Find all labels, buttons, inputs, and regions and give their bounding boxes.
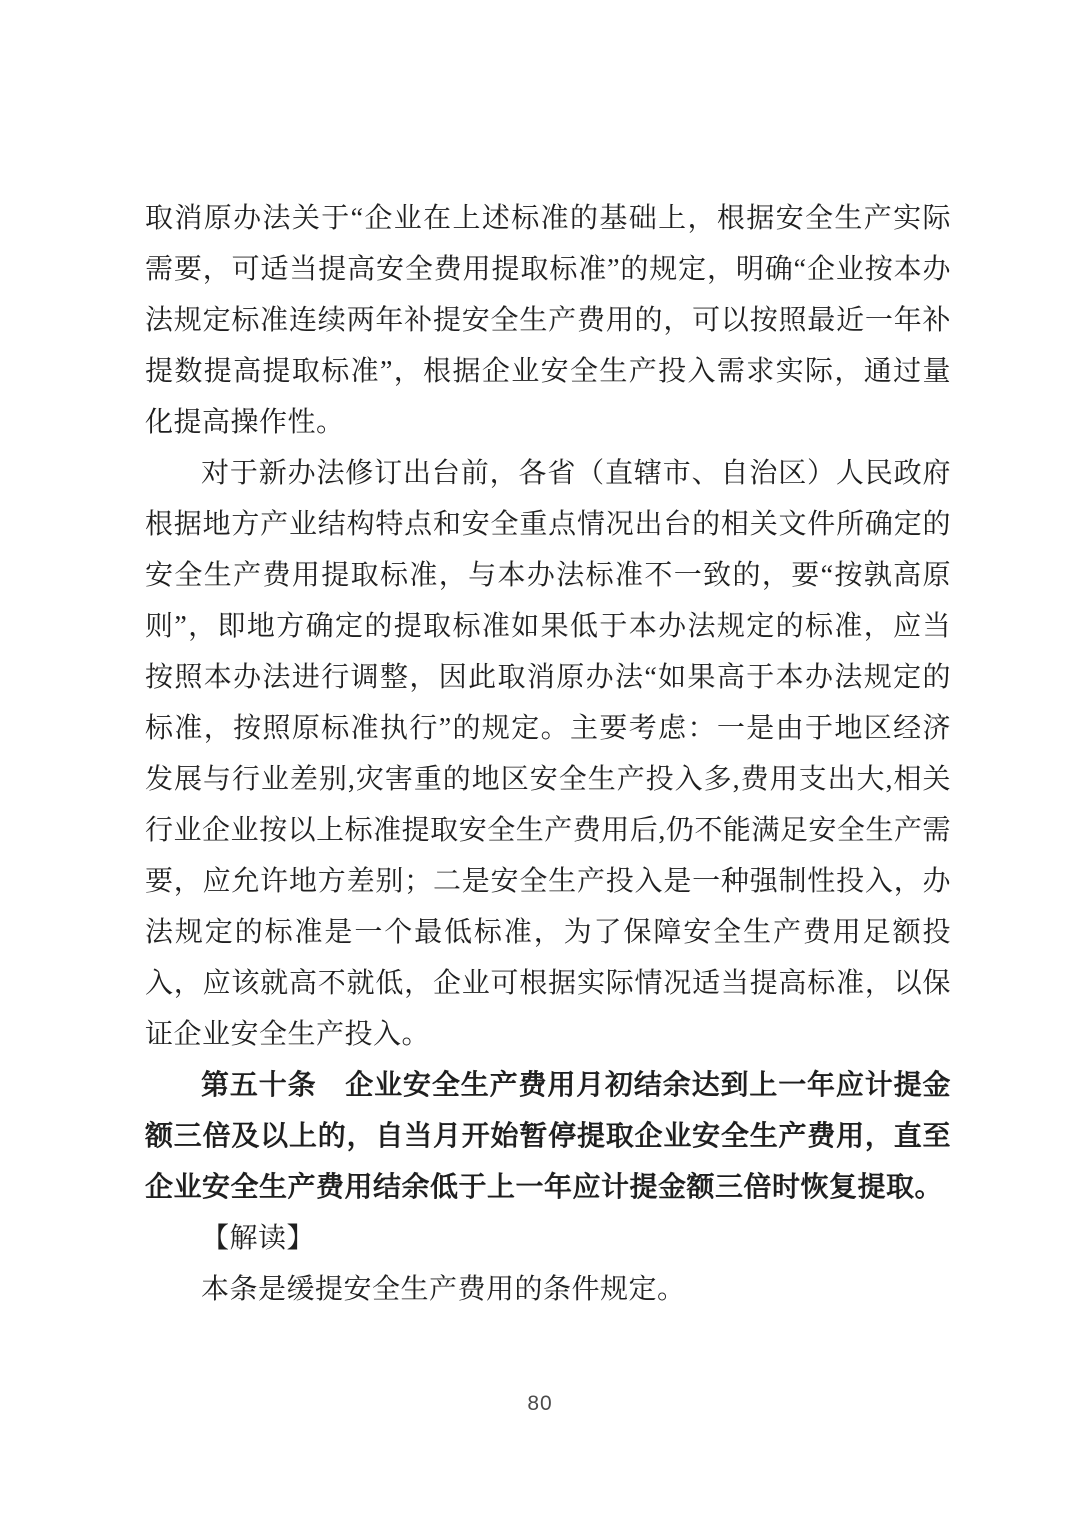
interpretation-label: 【解读】 — [145, 1213, 951, 1264]
document-page: 取消原办法关于“企业在上述标准的基础上，根据安全生产实际需要，可适当提高安全费用… — [0, 0, 1080, 1527]
paragraph-pre-revision-standards: 对于新办法修订出台前，各省（直辖市、自治区）人民政府根据地方产业结构特点和安全重… — [145, 448, 951, 1060]
paragraph-cancel-original-method: 取消原办法关于“企业在上述标准的基础上，根据安全生产实际需要，可适当提高安全费用… — [145, 193, 951, 448]
page-number: 80 — [0, 1392, 1080, 1416]
article-50-clause: 第五十条 企业安全生产费用月初结余达到上一年应计提金额三倍及以上的，自当月开始暂… — [145, 1060, 951, 1213]
text-content: 取消原办法关于“企业在上述标准的基础上，根据安全生产实际需要，可适当提高安全费用… — [145, 193, 951, 1315]
interpretation-text: 本条是缓提安全生产费用的条件规定。 — [145, 1264, 951, 1315]
